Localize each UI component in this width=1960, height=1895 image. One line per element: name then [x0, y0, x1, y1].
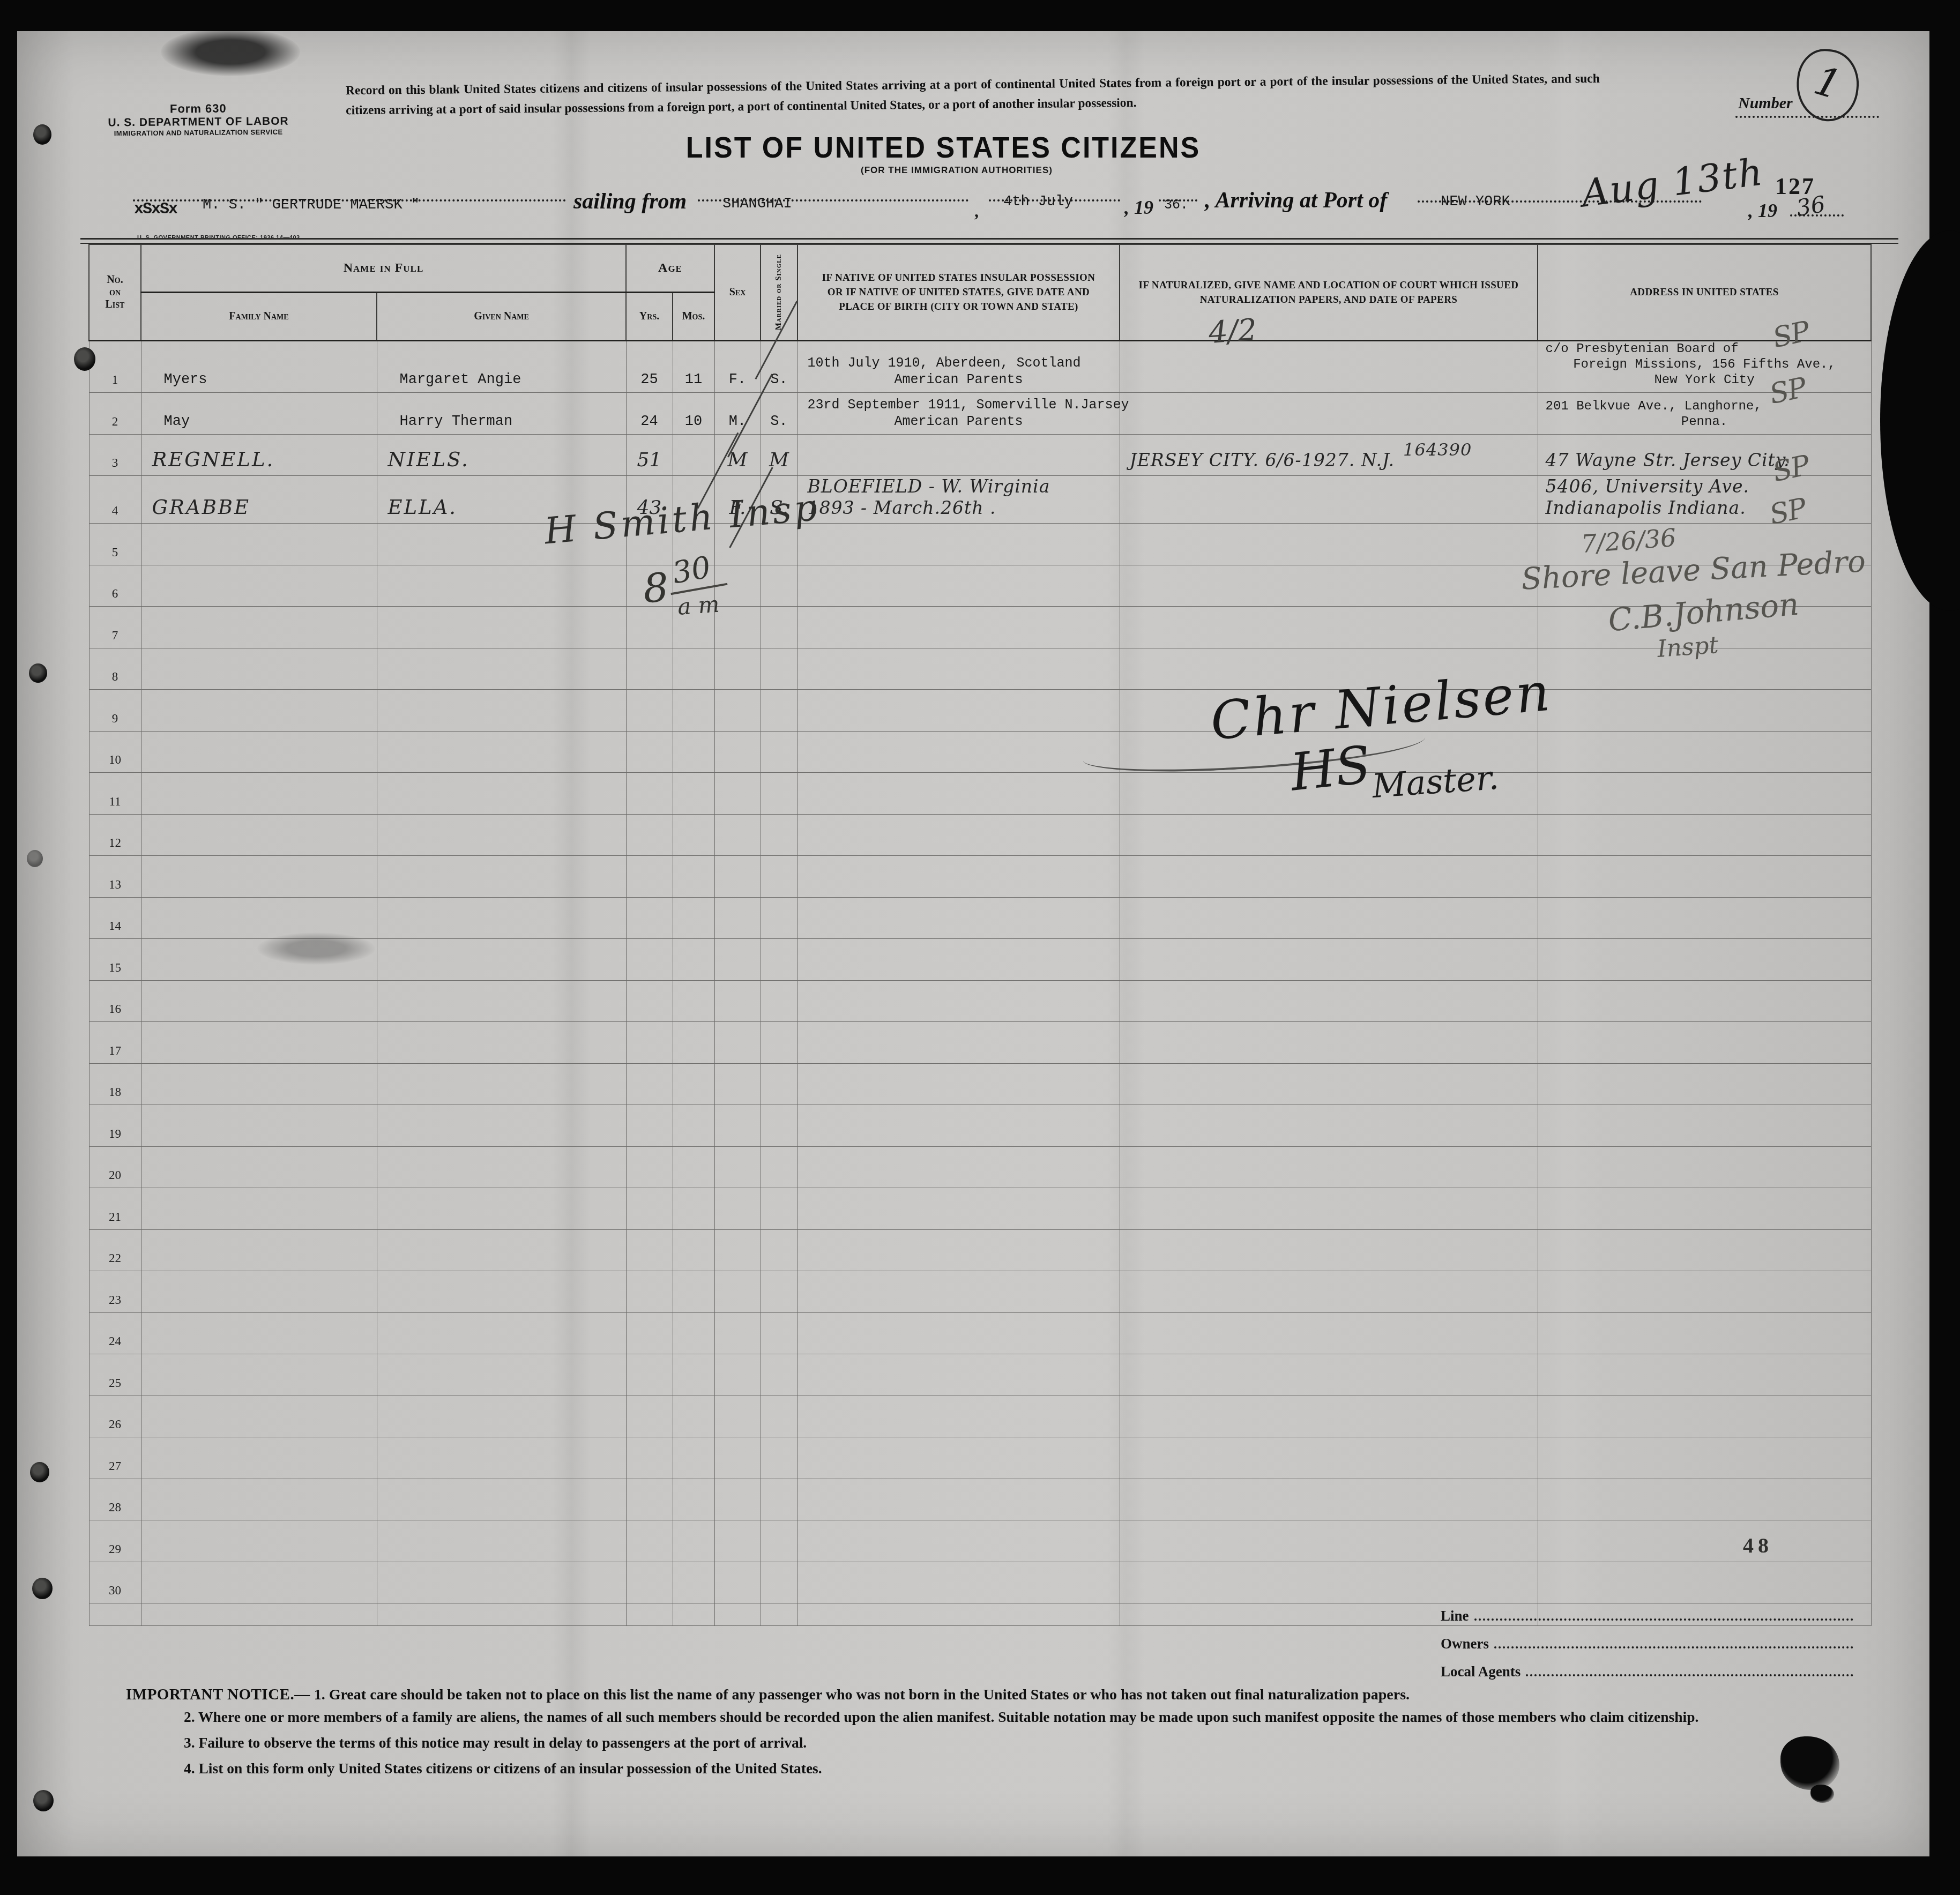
hole-punch — [33, 1790, 54, 1811]
given-name-cell — [377, 773, 626, 815]
age-years-cell: 24 — [626, 393, 673, 435]
marital-cell — [761, 1562, 798, 1603]
birthplace-cell — [798, 1312, 1120, 1354]
birthplace-cell — [798, 1479, 1120, 1520]
age-months-cell — [673, 1354, 714, 1396]
address-cell — [1538, 814, 1871, 856]
address-cell — [1538, 856, 1871, 898]
table-row: 26 — [89, 1396, 1871, 1437]
birthplace-cell — [798, 1271, 1120, 1313]
separator-comma: , — [974, 202, 979, 221]
age-months-cell — [673, 1105, 714, 1147]
sex-cell — [714, 1354, 761, 1396]
address-cell — [1538, 1063, 1871, 1105]
sex-cell — [714, 773, 761, 815]
given-name-cell — [377, 1146, 626, 1188]
family-name-cell — [141, 648, 377, 690]
marital-cell — [761, 1229, 798, 1271]
sex-cell: M. — [714, 393, 761, 435]
row-number-cell: 23 — [89, 1271, 141, 1313]
family-name-cell: Myers — [141, 341, 377, 393]
marital-cell — [761, 980, 798, 1022]
age-years-cell — [626, 897, 673, 939]
naturalization-cell — [1120, 1520, 1538, 1562]
row-number-cell: 15 — [89, 939, 141, 981]
sex-cell — [714, 1479, 761, 1520]
table-row: 18 — [89, 1063, 1871, 1105]
age-months-cell — [673, 980, 714, 1022]
sex-cell — [714, 1271, 761, 1313]
row-number-cell: 14 — [89, 897, 141, 939]
family-name-cell — [141, 856, 377, 898]
hole-punch — [30, 1462, 49, 1482]
header-married-or-single: Married or Single — [761, 244, 798, 341]
table-row: 20 — [89, 1146, 1871, 1188]
row-number-cell: 16 — [89, 980, 141, 1022]
row-number-cell: 25 — [89, 1354, 141, 1396]
marital-cell — [761, 1396, 798, 1437]
row-number-cell: 4 — [89, 476, 141, 524]
table-row: 3REGNELL.NIELS.51MMJERSEY CITY. 6/6-1927… — [89, 434, 1871, 476]
naturalization-cell — [1120, 476, 1538, 524]
row-number-cell: 5 — [89, 524, 141, 565]
sex-cell — [714, 648, 761, 690]
ink-blob — [1810, 1785, 1834, 1803]
given-name-cell — [377, 565, 626, 607]
naturalization-cell — [1120, 1312, 1538, 1354]
local-agents-blank — [1526, 1663, 1853, 1676]
naturalization-cell — [1120, 980, 1538, 1022]
local-agents-field: Local Agents — [1441, 1663, 1853, 1680]
line-field: Line — [1441, 1608, 1853, 1624]
page-subtitle: (FOR THE IMMIGRATION AUTHORITIES) — [421, 165, 1493, 176]
sex-cell — [714, 856, 761, 898]
address-cell — [1538, 939, 1871, 981]
given-name-cell — [377, 1188, 626, 1230]
marital-cell — [761, 1520, 798, 1562]
address-cell — [1538, 731, 1871, 773]
departure-port-line — [698, 199, 968, 202]
age-months-cell — [673, 1229, 714, 1271]
sheet-number-stamp: 48 — [1743, 1533, 1773, 1558]
age-years-cell — [626, 1562, 673, 1603]
family-name-cell — [141, 814, 377, 856]
header-age-months: Mos. — [673, 293, 714, 341]
birthplace-cell — [798, 524, 1120, 565]
given-name-cell — [377, 980, 626, 1022]
naturalization-cell — [1120, 1437, 1538, 1479]
marital-cell — [761, 1063, 798, 1105]
scan-smudge — [161, 28, 300, 76]
table-row: 19 — [89, 1105, 1871, 1147]
row-number-cell: 10 — [89, 731, 141, 773]
marital-cell — [761, 897, 798, 939]
given-name-cell — [377, 939, 626, 981]
table-row: 22 — [89, 1229, 1871, 1271]
age-months-cell — [673, 939, 714, 981]
naturalization-cell — [1120, 1105, 1538, 1147]
family-name-cell — [141, 731, 377, 773]
age-months-cell: 10 — [673, 393, 714, 435]
form-number: Form 630 — [80, 101, 316, 117]
departure-port: SHANGHAI — [722, 196, 792, 212]
naturalization-cell — [1120, 1022, 1538, 1064]
sex-cell — [714, 1437, 761, 1479]
address-cell — [1538, 1396, 1871, 1437]
sex-cell — [714, 731, 761, 773]
birthplace-cell — [798, 731, 1120, 773]
departure-year-prefix: , 19 — [1124, 196, 1153, 219]
notice-item-1: 1. Great care should be taken not to pla… — [314, 1687, 1410, 1703]
row-number-cell: 1 — [89, 341, 141, 393]
address-cell — [1538, 1105, 1871, 1147]
naturalization-cell — [1120, 939, 1538, 981]
birthplace-cell — [798, 1354, 1120, 1396]
age-years-cell — [626, 1063, 673, 1105]
master-monogram: HS — [1288, 734, 1374, 802]
age-years-cell — [626, 1479, 673, 1520]
naturalization-cell — [1120, 1562, 1538, 1603]
table-row: 14 — [89, 897, 1871, 939]
sex-cell — [714, 1562, 761, 1603]
table-row: 12 — [89, 814, 1871, 856]
row-number-cell: 3 — [89, 434, 141, 476]
birthplace-cell — [798, 565, 1120, 607]
row-number-cell: 17 — [89, 1022, 141, 1064]
address-cell — [1538, 1312, 1871, 1354]
age-years-cell — [626, 1271, 673, 1313]
row-number-cell: 24 — [89, 1312, 141, 1354]
age-years-cell: 51 — [626, 434, 673, 476]
given-name-cell — [377, 1396, 626, 1437]
table-row: 17 — [89, 1022, 1871, 1064]
row-number-cell: 22 — [89, 1229, 141, 1271]
passenger-table: No. on List Name in Full Age Sex Married… — [88, 244, 1872, 1626]
family-name-cell — [141, 1396, 377, 1437]
page-title: LIST OF UNITED STATES CITIZENS — [407, 131, 1479, 166]
departure-date-line — [989, 199, 1120, 202]
birthplace-cell: BLOEFIELD - W. Wirginia1893 - March.26th… — [798, 476, 1120, 524]
notice-item-2: 2. Where one or more members of a family… — [184, 1705, 1841, 1729]
age-months-cell — [673, 814, 714, 856]
sex-cell — [714, 1146, 761, 1188]
row-number-cell: 26 — [89, 1396, 141, 1437]
notice-label: IMPORTANT NOTICE.— — [126, 1686, 310, 1703]
marital-cell — [761, 856, 798, 898]
header-address: ADDRESS IN UNITED STATES — [1538, 244, 1871, 341]
age-years-cell — [626, 731, 673, 773]
row-number-cell: 27 — [89, 1437, 141, 1479]
given-name-cell — [377, 648, 626, 690]
table-row: 7 — [89, 607, 1871, 648]
family-name-cell — [141, 524, 377, 565]
header-double-rule — [80, 238, 1898, 244]
given-name-cell — [377, 1271, 626, 1313]
age-years-cell — [626, 814, 673, 856]
arrival-year-handwritten: 36 — [1794, 191, 1827, 221]
age-months-cell — [673, 1562, 714, 1603]
birthplace-cell — [798, 1396, 1120, 1437]
birthplace-cell — [798, 1437, 1120, 1479]
age-years-cell — [626, 1229, 673, 1271]
age-years-cell — [626, 648, 673, 690]
given-name-cell — [377, 814, 626, 856]
given-name-cell: NIELS. — [377, 434, 626, 476]
given-name-cell — [377, 1520, 626, 1562]
hole-punch — [27, 850, 43, 867]
header-sex: Sex — [714, 244, 761, 341]
table-row: 21 — [89, 1188, 1871, 1230]
hole-punch — [29, 663, 47, 683]
vessel-line — [133, 199, 566, 202]
given-name-cell — [377, 1479, 626, 1520]
table-row: 11 — [89, 773, 1871, 815]
family-name-cell — [141, 1271, 377, 1313]
row-number-cell: 18 — [89, 1063, 141, 1105]
marital-cell — [761, 731, 798, 773]
header-birthplace: IF NATIVE OF UNITED STATES INSULAR POSSE… — [798, 244, 1120, 341]
given-name-cell — [377, 1562, 626, 1603]
table-row: 28 — [89, 1479, 1871, 1520]
table-row: 30 — [89, 1562, 1871, 1603]
table-row: 24 — [89, 1312, 1871, 1354]
naturalization-cell — [1120, 565, 1538, 607]
marital-cell: S. — [761, 393, 798, 435]
family-name-cell — [141, 1312, 377, 1354]
naturalization-cell — [1120, 1396, 1538, 1437]
row-number-cell: 2 — [89, 393, 141, 435]
birthplace-cell — [798, 1229, 1120, 1271]
row-number-cell: 21 — [89, 1188, 141, 1230]
table-row: 23 — [89, 1271, 1871, 1313]
address-cell — [1538, 1520, 1871, 1562]
given-name-cell — [377, 690, 626, 732]
birthplace-cell — [798, 1520, 1120, 1562]
arrival-year-prefix: , 19 — [1748, 199, 1777, 222]
scan-smudge — [257, 932, 375, 965]
age-years-cell — [626, 1354, 673, 1396]
marital-cell — [761, 1354, 798, 1396]
sex-cell: F. — [714, 341, 761, 393]
age-months-cell: 11 — [673, 341, 714, 393]
family-name-cell — [141, 1520, 377, 1562]
table-row: 2MayHarry Therman2410M.S.23rd September … — [89, 393, 1871, 435]
birthplace-cell — [798, 1105, 1120, 1147]
family-name-cell — [141, 1022, 377, 1064]
marital-cell — [761, 1022, 798, 1064]
address-cell — [1538, 1271, 1871, 1313]
sex-cell — [714, 1520, 761, 1562]
important-notice: IMPORTANT NOTICE.— 1. Great care should … — [126, 1686, 1841, 1781]
table-row: 29 — [89, 1520, 1871, 1562]
header-name-in-full: Name in Full — [141, 244, 626, 293]
birthplace-cell — [798, 434, 1120, 476]
sailing-from-label: sailing from — [573, 189, 687, 214]
family-name-cell — [141, 897, 377, 939]
marital-cell — [761, 939, 798, 981]
owners-label: Owners — [1441, 1636, 1489, 1652]
age-months-cell — [673, 690, 714, 732]
marital-cell — [761, 648, 798, 690]
marital-cell: M — [761, 434, 798, 476]
header-naturalization: IF NATURALIZED, GIVE NAME AND LOCATION O… — [1120, 244, 1538, 341]
given-name-cell — [377, 856, 626, 898]
arrival-year-line — [1790, 214, 1844, 217]
birthplace-cell — [798, 1146, 1120, 1188]
age-months-cell — [673, 773, 714, 815]
age-months-cell — [673, 1437, 714, 1479]
departure-year-line — [1159, 199, 1197, 202]
naturalization-cell — [1120, 1479, 1538, 1520]
family-name-cell — [141, 1105, 377, 1147]
scanned-manifest-page: Form 630 U. S. DEPARTMENT OF LABOR IMMIG… — [0, 0, 1960, 1895]
family-name-cell — [141, 1354, 377, 1396]
address-cell — [1538, 980, 1871, 1022]
age-months-cell — [673, 1271, 714, 1313]
family-name-cell — [141, 980, 377, 1022]
naturalization-cell — [1120, 1063, 1538, 1105]
birthplace-cell — [798, 1022, 1120, 1064]
sex-cell — [714, 939, 761, 981]
table-row: 4GRABBEELLA.43F.S.BLOEFIELD - W. Wirgini… — [89, 476, 1871, 524]
family-name-cell — [141, 1562, 377, 1603]
header-age: Age — [626, 244, 714, 293]
given-name-cell — [377, 1354, 626, 1396]
age-months-cell — [673, 731, 714, 773]
header-age-years: Yrs. — [626, 293, 673, 341]
owners-field: Owners — [1441, 1636, 1853, 1652]
scan-edge-top — [0, 0, 1960, 31]
table-row: 27 — [89, 1437, 1871, 1479]
address-cell — [1538, 1354, 1871, 1396]
age-years-cell — [626, 773, 673, 815]
address-cell: 47 Wayne Str. Jersey City. — [1538, 434, 1871, 476]
address-cell — [1538, 1562, 1871, 1603]
hole-punch — [33, 124, 51, 145]
birthplace-cell — [798, 897, 1120, 939]
given-name-cell: Harry Therman — [377, 393, 626, 435]
given-name-cell — [377, 1312, 626, 1354]
time-hour: 8 — [642, 564, 670, 612]
age-months-cell — [673, 1396, 714, 1437]
scan-edge-left — [0, 0, 17, 1895]
family-name-cell — [141, 1437, 377, 1479]
family-name-cell: REGNELL. — [141, 434, 377, 476]
family-name-cell — [141, 1188, 377, 1230]
naturalization-cell — [1120, 524, 1538, 565]
header-given-name: Given Name — [377, 293, 626, 341]
sex-cell — [714, 1063, 761, 1105]
sex-cell — [714, 980, 761, 1022]
sex-cell — [714, 1396, 761, 1437]
sex-cell — [714, 1312, 761, 1354]
age-months-cell — [673, 1063, 714, 1105]
address-cell — [1538, 1022, 1871, 1064]
row-number-cell: 6 — [89, 565, 141, 607]
birthplace-cell — [798, 814, 1120, 856]
birthplace-cell — [798, 1562, 1120, 1603]
age-years-cell — [626, 1022, 673, 1064]
family-name-cell — [141, 1146, 377, 1188]
naturalization-pencil-note: 4/2 — [1208, 312, 1258, 350]
sex-cell — [714, 814, 761, 856]
table-row: 1MyersMargaret Angie2511F.S.10th July 19… — [89, 341, 1871, 393]
birthplace-cell — [798, 607, 1120, 648]
table-row: 16 — [89, 980, 1871, 1022]
age-months-cell — [673, 1146, 714, 1188]
address-cell — [1538, 1229, 1871, 1271]
table-row: 8 — [89, 648, 1871, 690]
row-number-cell: 11 — [89, 773, 141, 815]
age-years-cell — [626, 1520, 673, 1562]
marital-cell — [761, 690, 798, 732]
table-row: 25 — [89, 1354, 1871, 1396]
naturalization-cell — [1120, 1146, 1538, 1188]
address-cell — [1538, 897, 1871, 939]
line-blank — [1474, 1608, 1853, 1621]
age-years-cell — [626, 690, 673, 732]
given-name-cell: Margaret Angie — [377, 341, 626, 393]
age-years-cell — [626, 1146, 673, 1188]
marital-cell — [761, 1437, 798, 1479]
naturalization-cell — [1120, 393, 1538, 435]
marital-cell — [761, 773, 798, 815]
time-minutes: 30 — [665, 548, 728, 595]
family-name-cell — [141, 1229, 377, 1271]
birthplace-cell — [798, 1063, 1120, 1105]
sex-cell — [714, 690, 761, 732]
age-months-cell — [673, 1188, 714, 1230]
age-years-cell — [626, 1437, 673, 1479]
row-number-cell: 20 — [89, 1146, 141, 1188]
birthplace-cell — [798, 939, 1120, 981]
row-number-cell: 13 — [89, 856, 141, 898]
age-months-cell — [673, 856, 714, 898]
sex-cell — [714, 897, 761, 939]
address-cell — [1538, 1437, 1871, 1479]
marital-cell — [761, 1188, 798, 1230]
birthplace-cell — [798, 1188, 1120, 1230]
birthplace-cell — [798, 690, 1120, 732]
time-meridiem: a m — [676, 589, 720, 620]
address-cell: c/o Presbytenian Board ofForeign Mission… — [1538, 341, 1871, 393]
notice-item-3: 3. Failure to observe the terms of this … — [184, 1730, 1841, 1755]
age-years-cell — [626, 1396, 673, 1437]
address-cell: 5406, University Ave.Indianapolis Indian… — [1538, 476, 1871, 524]
naturalization-cell — [1120, 607, 1538, 648]
given-name-cell — [377, 1022, 626, 1064]
scan-edge-bottom — [0, 1856, 1960, 1895]
marital-cell — [761, 1312, 798, 1354]
birthplace-cell — [798, 648, 1120, 690]
row-number-cell: 19 — [89, 1105, 141, 1147]
age-years-cell — [626, 1105, 673, 1147]
address-cell — [1538, 1146, 1871, 1188]
family-name-cell — [141, 1063, 377, 1105]
age-months-cell — [673, 1479, 714, 1520]
hole-punch — [74, 347, 95, 371]
age-months-cell — [673, 1520, 714, 1562]
marital-cell — [761, 1146, 798, 1188]
birthplace-cell — [798, 773, 1120, 815]
local-agents-label: Local Agents — [1441, 1663, 1521, 1680]
given-name-cell — [377, 897, 626, 939]
row-number-cell: 7 — [89, 607, 141, 648]
marital-cell — [761, 607, 798, 648]
family-name-cell: GRABBE — [141, 476, 377, 524]
age-years-cell — [626, 856, 673, 898]
age-months-cell — [673, 897, 714, 939]
